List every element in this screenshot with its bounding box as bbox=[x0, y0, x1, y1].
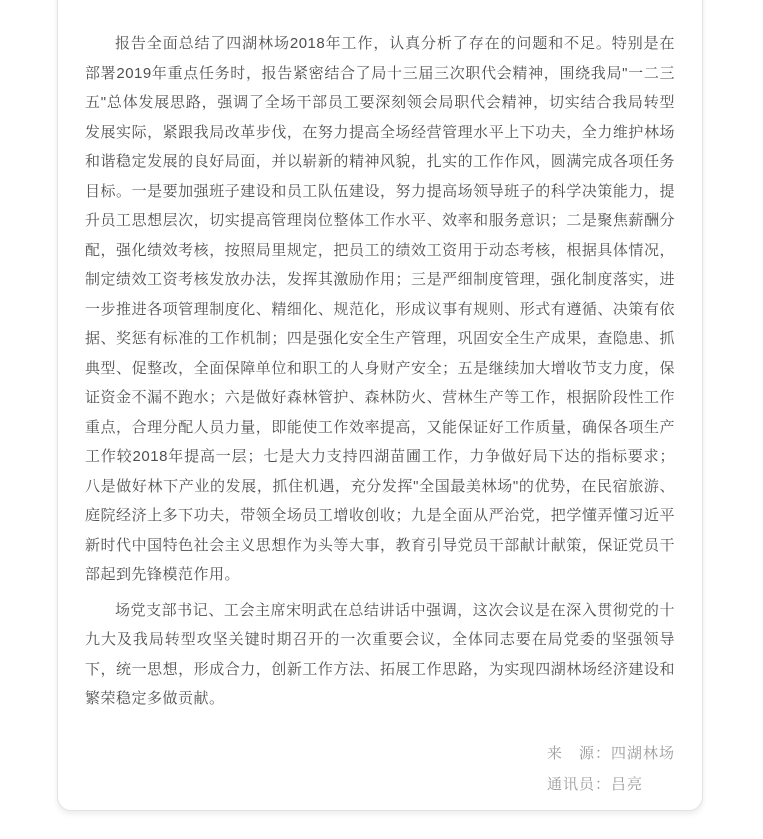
article-footer: 来 源：四湖林场 通讯员：吕亮 bbox=[547, 738, 675, 800]
correspondent-line: 通讯员：吕亮 bbox=[547, 769, 675, 800]
article-paragraph-1: 报告全面总结了四湖林场2018年工作，认真分析了存在的问题和不足。特别是在部署2… bbox=[85, 29, 675, 590]
source-line: 来 源：四湖林场 bbox=[547, 738, 675, 769]
article-card: 报告全面总结了四湖林场2018年工作，认真分析了存在的问题和不足。特别是在部署2… bbox=[57, 0, 703, 811]
article-paragraph-2: 场党支部书记、工会主席宋明武在总结讲话中强调，这次会议是在深入贯彻党的十九大及我… bbox=[85, 596, 675, 714]
